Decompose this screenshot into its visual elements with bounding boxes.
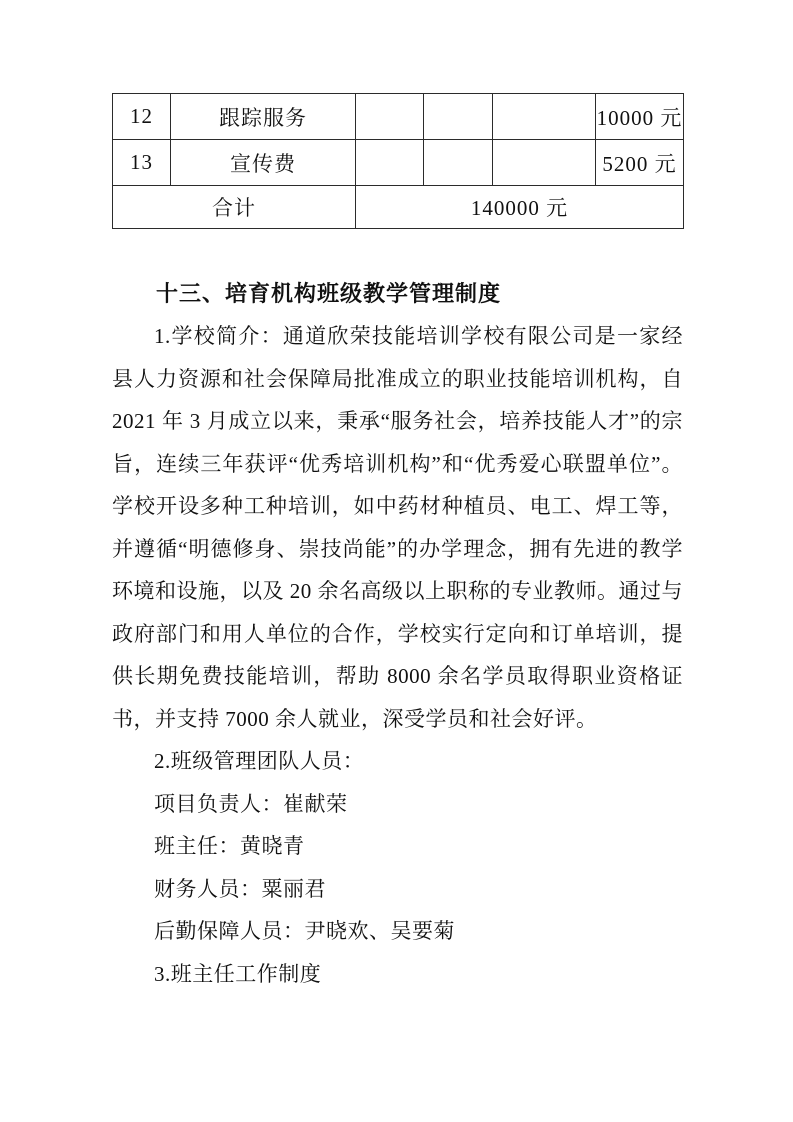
empty-cell — [493, 94, 596, 140]
amount-cell: 5200 元 — [596, 140, 684, 186]
item-name-cell: 宣传费 — [171, 140, 356, 186]
list-item-finance-staff: 财务人员：粟丽君 — [112, 868, 683, 911]
empty-cell — [356, 140, 424, 186]
total-value-cell: 140000 元 — [356, 186, 684, 229]
amount-cell: 10000 元 — [596, 94, 684, 140]
section-heading: 十三、培育机构班级教学管理制度 — [112, 273, 683, 315]
row-number-cell: 12 — [113, 94, 171, 140]
list-item-class-teacher: 班主任：黄晓青 — [112, 825, 683, 868]
total-label-cell: 合计 — [113, 186, 356, 229]
empty-cell — [424, 94, 493, 140]
item-name-cell: 跟踪服务 — [171, 94, 356, 140]
empty-cell — [493, 140, 596, 186]
empty-cell — [356, 94, 424, 140]
document-page-content: 12 跟踪服务 10000 元 13 宣传费 5200 元 合计 140000 … — [112, 93, 683, 995]
table-row: 13 宣传费 5200 元 — [113, 140, 684, 186]
table-total-row: 合计 140000 元 — [113, 186, 684, 229]
empty-cell — [424, 140, 493, 186]
row-number-cell: 13 — [113, 140, 171, 186]
list-item-teacher-system-header: 3.班主任工作制度 — [112, 953, 683, 996]
fee-table: 12 跟踪服务 10000 元 13 宣传费 5200 元 合计 140000 … — [112, 93, 684, 229]
list-item-team-header: 2.班级管理团队人员： — [112, 740, 683, 783]
paragraph-school-intro: 1.学校简介：通道欣荣技能培训学校有限公司是一家经县人力资源和社会保障局批准成立… — [112, 315, 683, 740]
list-item-logistics-staff: 后勤保障人员：尹晓欢、吴要菊 — [112, 910, 683, 953]
table-row: 12 跟踪服务 10000 元 — [113, 94, 684, 140]
list-item-project-leader: 项目负责人：崔献荣 — [112, 783, 683, 826]
